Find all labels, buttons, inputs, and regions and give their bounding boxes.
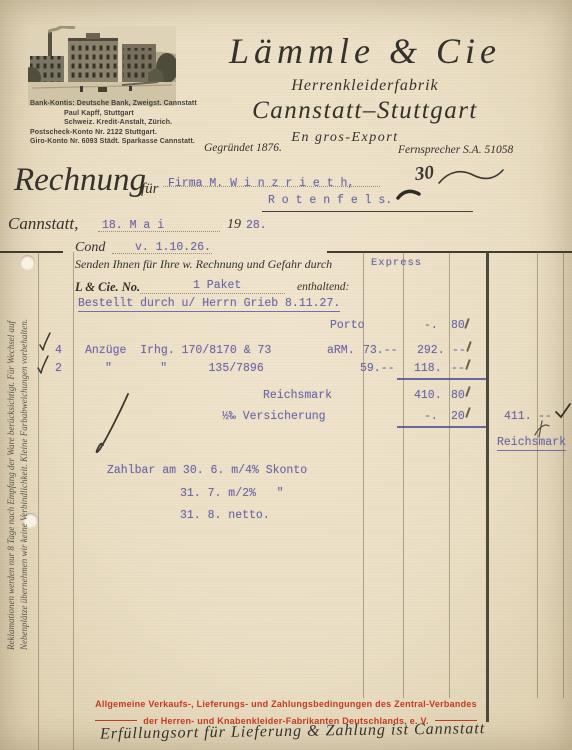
porto-pf: 80	[451, 319, 465, 332]
pen-blot	[396, 186, 422, 207]
subtotal-label: Reichsmark	[263, 389, 332, 402]
table-line	[449, 252, 450, 698]
company-subtitle: Herrenkleiderfabrik	[200, 77, 530, 95]
margin-note-line: Nebenplätze übernehmen wir keine Verbind…	[18, 245, 31, 650]
cond-label: Cond	[75, 240, 105, 256]
subtotal-mark: 410.	[414, 389, 442, 402]
invoice-fuer: für	[141, 181, 159, 198]
porto-mark: -.	[424, 319, 438, 332]
pen-checkmark	[36, 354, 50, 381]
pen-tick	[466, 341, 472, 352]
red-dash-left	[95, 720, 137, 721]
table-line	[38, 252, 39, 750]
enthaltend-label: enthaltend:	[297, 281, 349, 293]
table-line	[403, 252, 404, 698]
item-qty: 4	[55, 344, 62, 357]
table-line	[73, 252, 74, 750]
pen-flourish	[437, 165, 507, 196]
subtotal-pf: 80	[451, 389, 465, 402]
item-amount-mark: 292.	[417, 344, 445, 357]
shipping-method: Express	[371, 257, 422, 269]
invoice-label: Rechnung	[14, 162, 146, 199]
pen-tick	[465, 386, 471, 397]
recipient-name: Firma M. W i n z r i e t h,	[168, 177, 354, 190]
payment-term: Zahlbar am 30. 6. m/4% Skonto	[107, 464, 307, 477]
total-mark: 411.	[504, 410, 532, 423]
pen-checkmark-large	[92, 392, 132, 463]
table-line-thick	[486, 252, 489, 722]
table-line	[563, 252, 564, 698]
item-unit-label: aRM.	[327, 344, 355, 357]
margin-conditions-note: Reklamationen werden nur 8 Tage nach Emp…	[5, 245, 31, 650]
pen-tick	[465, 407, 471, 418]
bank-line: Postscheck-Konto Nr. 2122 Stuttgart.	[30, 128, 220, 138]
recipient-city: R o t e n f e l s.	[268, 194, 392, 207]
phone-note: Fernsprecher S.A. 51058	[398, 144, 513, 156]
pen-checkmark	[554, 402, 572, 425]
handwritten-number: 30	[414, 162, 436, 186]
insurance-label: ½‰ Versicherung	[222, 410, 326, 423]
shipping-line: Senden Ihnen für Ihre w. Rechnung und Ge…	[75, 257, 332, 272]
item-amount-mark: 118.	[414, 362, 442, 375]
invoice-place: Cannstatt,	[8, 214, 78, 234]
recipient-city-rule	[262, 211, 473, 212]
item-desc: Anzüge Irhg. 170/8170 & 73	[85, 344, 271, 357]
insurance-mark: -.	[424, 410, 438, 423]
order-note: Bestellt durch u/ Herrn Grieb 8.11.27.	[78, 297, 340, 312]
pen-tick	[465, 359, 471, 370]
year-typed: 28.	[246, 219, 267, 232]
item-unit-price: 59.--	[360, 362, 395, 375]
sum-rule	[397, 378, 486, 380]
item-amount-pf: --	[452, 344, 466, 357]
payment-term: 31. 7. m/2% "	[180, 487, 284, 500]
footer-red-line1: Allgemeine Verkaufs-, Lieferungs- und Za…	[0, 699, 572, 709]
porto-label: Porto	[330, 319, 365, 332]
year-printed: 19	[227, 217, 241, 233]
item-qty: 2	[55, 362, 62, 375]
sum-rule	[397, 426, 486, 428]
table-line	[537, 252, 538, 698]
package-label: L & Cie. No.	[75, 280, 140, 295]
footer-script-line: Erfüllungsort für Lieferung & Zahlung is…	[100, 720, 470, 743]
insurance-pf: 20	[451, 410, 465, 423]
pen-tick	[464, 318, 470, 329]
company-name: Lämmle & Cie	[200, 30, 530, 72]
company-city: Cannstatt–Stuttgart	[190, 97, 540, 125]
founded-note: Gegründet 1876.	[204, 142, 282, 154]
total-currency: Reichsmark	[497, 436, 566, 451]
recipient-rule	[163, 186, 380, 187]
date-rule	[98, 231, 220, 232]
package-rule	[140, 293, 285, 294]
item-amount-pf: --	[451, 362, 465, 375]
invoice-page: Bank-Kontis: Deutsche Bank, Zweigst. Can…	[0, 0, 572, 750]
payment-term: 31. 8. netto.	[180, 509, 270, 522]
package-value: 1 Paket	[193, 279, 241, 292]
cond-rule	[112, 253, 212, 254]
item-desc: " " 135/7896	[105, 362, 264, 375]
margin-note-line: Reklamationen werden nur 8 Tage nach Emp…	[5, 245, 18, 650]
bank-line: Giro-Konto Nr. 6093 Städt. Sparkasse Can…	[30, 137, 220, 147]
item-unit-price: 73.--	[363, 344, 398, 357]
